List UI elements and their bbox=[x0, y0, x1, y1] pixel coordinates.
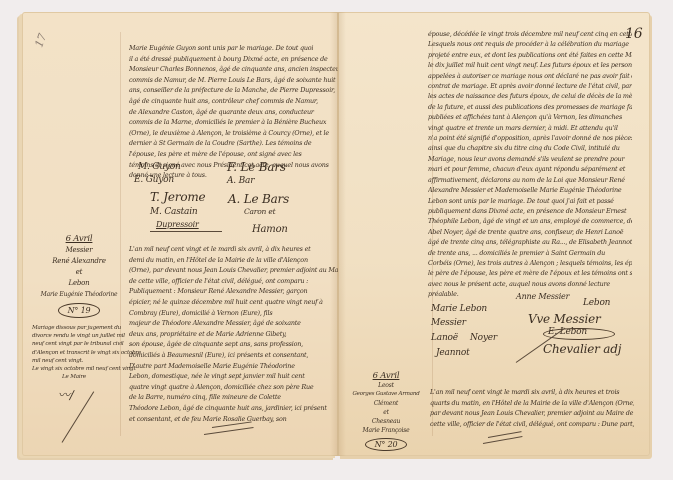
signature: A. Bar bbox=[227, 176, 254, 186]
conjunction: et bbox=[36, 267, 122, 278]
groom-surname: Leost bbox=[342, 381, 430, 390]
book-gutter bbox=[330, 12, 346, 456]
act-20-text: L'an mil neuf cent vingt le mardi six av… bbox=[430, 387, 634, 429]
signature: Vve Messier bbox=[528, 312, 601, 326]
left-page: 17 Marie Eugénie Guyon sont unis par le … bbox=[22, 12, 338, 456]
signature: Noyer bbox=[470, 333, 497, 343]
signature: Chevalier adj bbox=[543, 342, 621, 356]
divorce-mention: Mariage dissous par jugement du divorce … bbox=[32, 324, 141, 381]
groom-extra: Clément bbox=[342, 399, 430, 408]
bride-surname: Chesneau bbox=[342, 417, 430, 426]
act-19-text: L'an mil neuf cent vingt et le mardi six… bbox=[129, 244, 339, 424]
signature: Hamon bbox=[252, 224, 288, 235]
signature: Marie Lebon bbox=[431, 304, 487, 314]
signature: Lebon bbox=[583, 298, 610, 308]
groom-surname: Messier bbox=[36, 245, 122, 256]
conjunction: et bbox=[342, 408, 430, 417]
pencil-mark: 17 bbox=[32, 32, 49, 49]
act-number: N° 20 bbox=[365, 438, 408, 451]
underline-stroke bbox=[150, 231, 222, 232]
groom-given: René Alexandre bbox=[36, 256, 122, 267]
entry-date: 6 Avril bbox=[36, 234, 122, 245]
margin-entry-19: 6 Avril Messier René Alexandre et Lebon … bbox=[36, 234, 122, 318]
end-stroke bbox=[204, 427, 254, 435]
signature: A. Le Bars bbox=[228, 192, 289, 206]
signature: Jeannot bbox=[436, 348, 470, 358]
signature: F. Le Bars bbox=[227, 160, 286, 174]
groom-given: Georges Gustave Armand bbox=[342, 390, 430, 399]
signature: Dupressoir bbox=[156, 220, 199, 229]
signature: M. Guyon bbox=[138, 162, 181, 172]
margin-entry-20: 6 Avril Leost Georges Gustave Armand Clé… bbox=[342, 372, 430, 451]
right-page: 16 épouse, décédée le vingt trois décemb… bbox=[338, 12, 650, 456]
signature: Caron et bbox=[244, 207, 275, 216]
bride-given: Marie Françoise bbox=[342, 426, 430, 435]
signature: T. Jerome bbox=[150, 190, 205, 204]
bride-surname: Lebon bbox=[36, 278, 122, 289]
bride-given: Marie Eugénie Théodorine bbox=[36, 289, 122, 300]
act-number: N° 19 bbox=[58, 303, 101, 318]
signature: Anne Messier bbox=[516, 292, 569, 301]
signature: M. Castain bbox=[150, 207, 197, 217]
open-register-book: 17 Marie Eugénie Guyon sont unis par le … bbox=[22, 12, 650, 456]
right-continuation-text: épouse, décédée le vingt trois décembre … bbox=[428, 29, 632, 300]
signature: Lanoë bbox=[431, 333, 458, 343]
signature: E. Guyon bbox=[134, 175, 174, 185]
entry-date: 6 Avril bbox=[342, 372, 430, 381]
mayor-signature-paraph: 〰∕ bbox=[58, 386, 74, 403]
signature: Messier bbox=[431, 318, 466, 328]
